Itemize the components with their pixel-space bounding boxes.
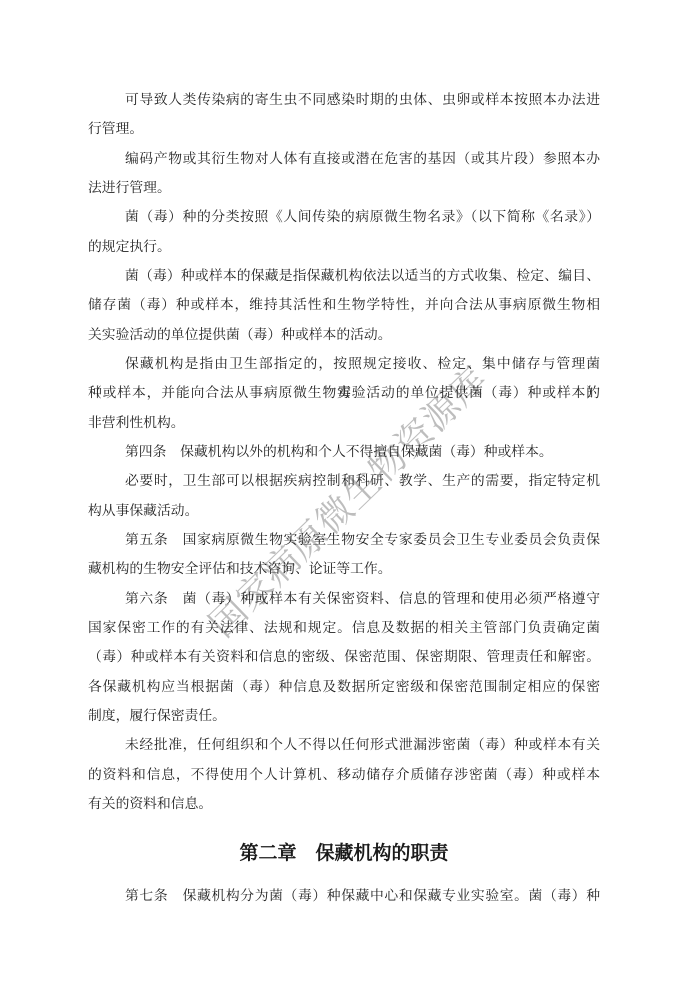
text-line: 制度，履行保密责任。 — [88, 701, 600, 730]
text-line: 有关的资料和信息。 — [88, 789, 600, 818]
text-line: 关实验活动的单位提供菌（毒）种或样本的活动。 — [88, 320, 600, 349]
text-line: 菌（毒）种或样本的保藏是指保藏机构依法以适当的方式收集、检定、编目、 — [88, 261, 600, 290]
text-line: 编码产物或其衍生物对人体有直接或潜在危害的基因（或其片段）参照本办 — [88, 144, 600, 173]
text-line: 的资料和信息，不得使用个人计算机、移动储存介质储存涉密菌（毒）种或样本 — [88, 760, 600, 789]
text-line: 法进行管理。 — [88, 173, 600, 202]
text-line: 构从事保藏活动。 — [88, 496, 600, 525]
text-line: 国家保密工作的有关法律、法规和规定。信息及数据的相关主管部门负责确定菌 — [88, 613, 600, 642]
text-line: 第六条 菌（毒）种或样本有关保密资料、信息的管理和使用必须严格遵守 — [88, 584, 600, 613]
text-line: 储存菌（毒）种或样本，维持其活性和生物学特性，并向合法从事病原微生物相 — [88, 290, 600, 319]
chapter-heading: 第二章 保藏机构的职责 — [88, 839, 600, 869]
text-line: 各保藏机构应当根据菌（毒）种信息及数据所定密级和保密范围制定相应的保密 — [88, 672, 600, 701]
text-line: 藏机构的生物安全评估和技术咨询、论证等工作。 — [88, 554, 600, 583]
text-line: 必要时，卫生部可以根据疾病控制和科研、教学、生产的需要，指定特定机 — [88, 466, 600, 495]
text-line: 种或样本，并能向合法从事病原微生物实验活动的单位提供菌（毒）种或样本的 — [88, 378, 600, 407]
text-line: （毒）种或样本有关资料和信息的密级、保密范围、保密期限、管理责任和解密。 — [88, 642, 600, 671]
text-line: 菌（毒）种的分类按照《人间传染的病原微生物名录》（以下简称《名录》） — [88, 202, 600, 231]
text-line: 第五条 国家病原微生物实验室生物安全专家委员会卫生专业委员会负责保 — [88, 525, 600, 554]
text-line: 的规定执行。 — [88, 232, 600, 261]
document-content: 可导致人类传染病的寄生虫不同感染时期的虫体、虫卵或样本按照本办法进行管理。编码产… — [88, 85, 600, 911]
text-line: 第四条 保藏机构以外的机构和个人不得擅自保藏菌（毒）种或样本。 — [88, 437, 600, 466]
document-page: 国家病原微生物资源库 可导致人类传染病的寄生虫不同感染时期的虫体、虫卵或样本按照… — [0, 0, 700, 992]
text-line: 非营利性机构。 — [88, 408, 600, 437]
text-line: 未经批准，任何组织和个人不得以任何形式泄漏涉密菌（毒）种或样本有关 — [88, 730, 600, 759]
text-line: 可导致人类传染病的寄生虫不同感染时期的虫体、虫卵或样本按照本办法进 — [88, 85, 600, 114]
text-line: 行管理。 — [88, 114, 600, 143]
text-line: 保藏机构是指由卫生部指定的，按照规定接收、检定、集中储存与管理菌（毒） — [88, 349, 600, 378]
text-line: 第七条 保藏机构分为菌（毒）种保藏中心和保藏专业实验室。菌（毒）种 — [88, 881, 600, 910]
